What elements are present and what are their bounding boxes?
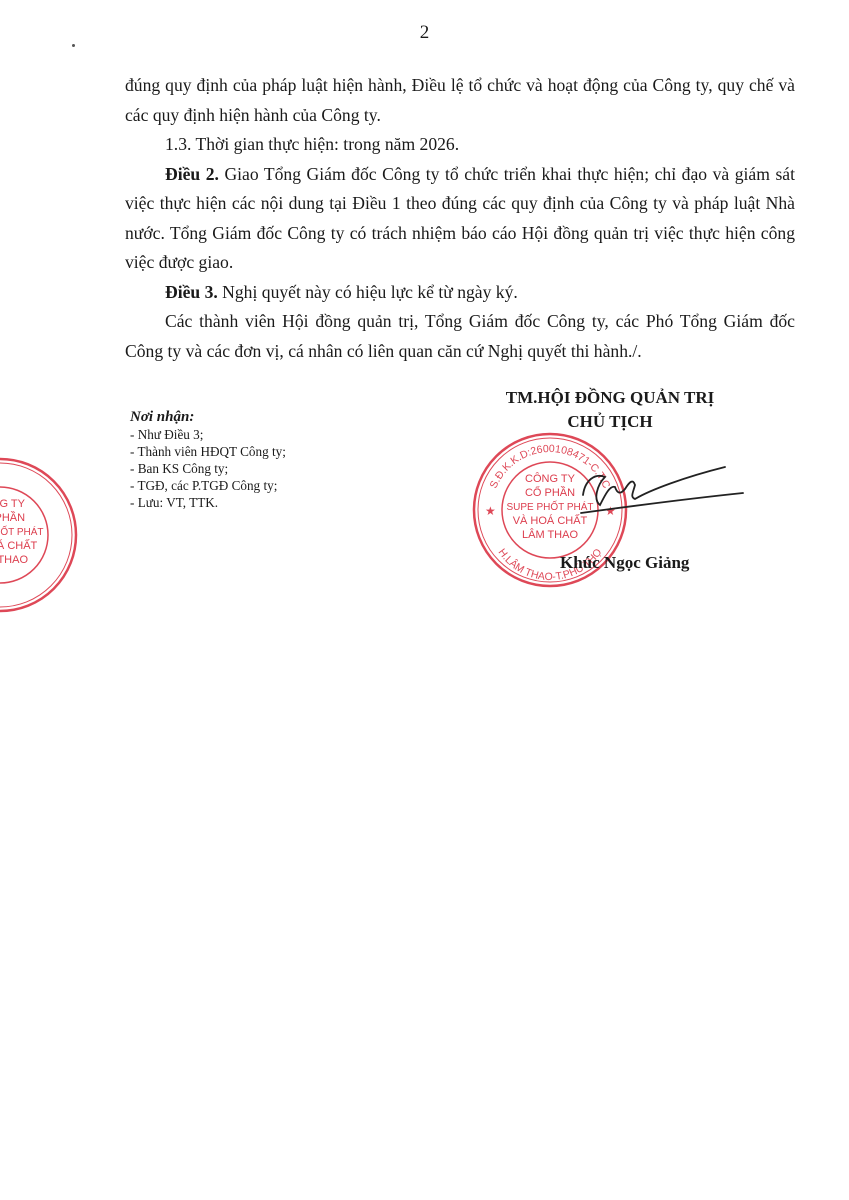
svg-text:SUPE PHỐT PHÁT: SUPE PHỐT PHÁT <box>0 524 44 538</box>
svg-text:CỔ PHẦN: CỔ PHẦN <box>525 486 575 499</box>
svg-text:CỔ PHẦN: CỔ PHẦN <box>0 511 25 524</box>
recipient-item: - Lưu: VT, TTK. <box>130 494 286 511</box>
paragraph-dieu-2: Điều 2. Giao Tổng Giám đốc Công ty tổ ch… <box>125 160 795 278</box>
svg-text:LÂM THAO: LÂM THAO <box>0 553 28 566</box>
recipient-item: - Như Điều 3; <box>130 426 286 443</box>
recipient-item: - Ban KS Công ty; <box>130 460 286 477</box>
svg-text:CÔNG TY: CÔNG TY <box>525 472 576 485</box>
recipient-item: - Thành viên HĐQT Công ty; <box>130 443 286 460</box>
paragraph-execution: Các thành viên Hội đồng quản trị, Tổng G… <box>125 307 795 366</box>
svg-text:CÔNG TY: CÔNG TY <box>0 497 26 510</box>
paragraph-1-3: 1.3. Thời gian thực hiện: trong năm 2026… <box>125 130 795 160</box>
recipient-item: - TGĐ, các P.TGĐ Công ty; <box>130 477 286 494</box>
scan-speck <box>72 44 75 47</box>
signature-block: TM.HỘI ĐỒNG QUẢN TRỊ CHỦ TỊCH <box>470 386 750 434</box>
document-body: đúng quy định của pháp luật hiện hành, Đ… <box>125 71 795 366</box>
svg-text:LÂM THAO: LÂM THAO <box>522 528 578 541</box>
signer-name: Khúc Ngọc Giảng <box>560 553 689 573</box>
recipients-block: Nơi nhận: - Như Điều 3; - Thành viên HĐQ… <box>130 408 286 511</box>
recipients-title: Nơi nhận: <box>130 408 286 426</box>
svg-text:VÀ HOÁ CHẤT: VÀ HOÁ CHẤT <box>0 539 38 552</box>
paragraph-continuation: đúng quy định của pháp luật hiện hành, Đ… <box>125 71 795 130</box>
paragraph-dieu-3: Điều 3. Nghị quyết này có hiệu lực kể từ… <box>125 278 795 308</box>
page-number: 2 <box>0 22 849 44</box>
page-seal-partial: CÔNG TY CỔ PHẦN SUPE PHỐT PHÁT VÀ HOÁ CH… <box>0 455 80 615</box>
svg-text:★: ★ <box>485 504 496 518</box>
signature-title: TM.HỘI ĐỒNG QUẢN TRỊ <box>470 386 750 410</box>
handwritten-signature <box>575 455 745 525</box>
